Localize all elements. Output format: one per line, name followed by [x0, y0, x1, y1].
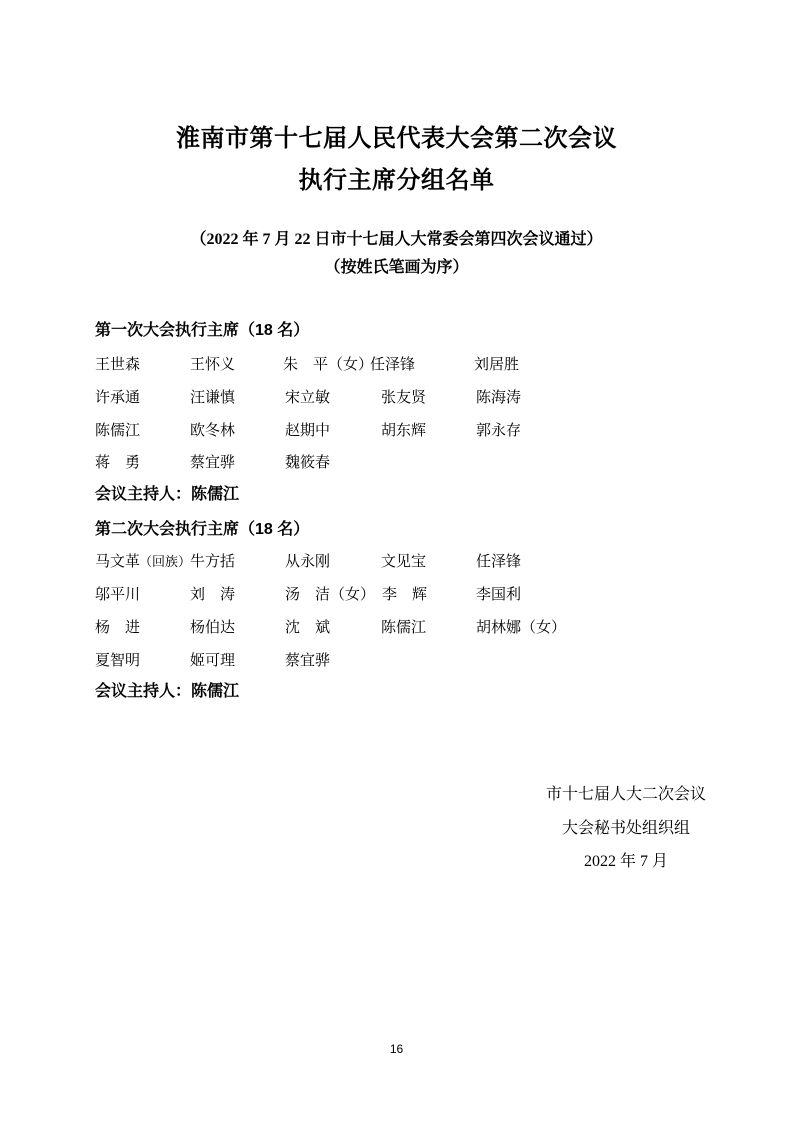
delegate-name: 沈 斌 — [285, 620, 330, 637]
footer-date-line: 2022 年 7 月 — [476, 853, 776, 871]
doc-title-line2: 执行主席分组名单 — [0, 168, 793, 194]
delegate-name: 任泽锋 — [476, 554, 521, 571]
delegate-name: 蒋 勇 — [95, 455, 140, 472]
name-row: 杨 进 杨伯达 沈 斌 陈儒江 胡林娜（女） — [0, 620, 793, 640]
delegate-name: 许承通 — [95, 390, 140, 407]
delegate-name: 刘 涛 — [190, 587, 235, 604]
approval-note: （2022 年 7 月 22 日市十七届人大常委会第四次会议通过） — [0, 231, 793, 249]
name-row: 王世森 王怀义 朱 平（女） 任泽锋 刘居胜 — [0, 357, 793, 377]
document-page: 淮南市第十七届人民代表大会第二次会议 执行主席分组名单 （2022 年 7 月 … — [0, 0, 793, 1122]
delegate-name: 文见宝 — [381, 554, 426, 571]
delegate-name: 朱 平（女） — [283, 357, 373, 374]
delegate-name: 马文革 — [95, 554, 140, 571]
section-2-host: 会议主持人：陈儒江 — [95, 683, 239, 701]
ethnic-group-note: （回族） — [139, 555, 191, 569]
section-1-host: 会议主持人：陈儒江 — [95, 486, 239, 504]
section-2-header: 第二次大会执行主席（18 名） — [95, 521, 309, 539]
delegate-name: 王怀义 — [190, 357, 235, 374]
delegate-name: 从永刚 — [285, 554, 330, 571]
doc-title-line1: 淮南市第十七届人民代表大会第二次会议 — [0, 126, 793, 152]
page-number: 16 — [0, 1042, 793, 1056]
delegate-name: 蔡宜骅 — [190, 455, 235, 472]
delegate-name: 胡东辉 — [381, 423, 426, 440]
delegate-name: 欧冬林 — [190, 423, 235, 440]
delegate-name: 邬平川 — [95, 587, 140, 604]
name-row: 夏智明 姬可理 蔡宜骅 — [0, 653, 793, 673]
delegate-name: 郭永存 — [476, 423, 521, 440]
delegate-name: 王世森 — [95, 357, 140, 374]
delegate-name: 杨伯达 — [190, 620, 235, 637]
delegate-name: 陈儒江 — [381, 620, 426, 637]
delegate-name: 汪谦慎 — [190, 390, 235, 407]
delegate-name: 李 辉 — [382, 587, 427, 604]
footer-session-line: 市十七届人大二次会议 — [476, 786, 776, 804]
name-row: 陈儒江 欧冬林 赵期中 胡东辉 郭永存 — [0, 423, 793, 443]
delegate-name: 牛方括 — [190, 554, 235, 571]
delegate-name: 陈儒江 — [95, 423, 140, 440]
delegate-name: 汤 洁（女） — [285, 587, 375, 604]
delegate-name: 张友贤 — [381, 390, 426, 407]
footer-org-line: 大会秘书处组织组 — [476, 820, 776, 838]
delegate-name: 赵期中 — [285, 423, 330, 440]
delegate-name: 姬可理 — [190, 653, 235, 670]
delegate-name: 李国利 — [476, 587, 521, 604]
delegate-name: 宋立敏 — [285, 390, 330, 407]
name-row: 马文革 （回族） 牛方括 从永刚 文见宝 任泽锋 — [0, 554, 793, 574]
section-1-header: 第一次大会执行主席（18 名） — [95, 322, 309, 340]
name-row: 蒋 勇 蔡宜骅 魏筱春 — [0, 455, 793, 475]
delegate-name: 蔡宜骅 — [285, 653, 330, 670]
sort-order-note: （按姓氏笔画为序） — [0, 259, 793, 277]
delegate-name: 任泽锋 — [370, 357, 415, 374]
delegate-name: 陈海涛 — [476, 390, 521, 407]
delegate-name: 杨 进 — [95, 620, 140, 637]
delegate-name: 夏智明 — [95, 653, 140, 670]
delegate-name: 胡林娜（女） — [476, 620, 566, 637]
delegate-name: 刘居胜 — [474, 357, 519, 374]
delegate-name: 魏筱春 — [285, 455, 330, 472]
name-row: 许承通 汪谦慎 宋立敏 张友贤 陈海涛 — [0, 390, 793, 410]
name-row: 邬平川 刘 涛 汤 洁（女） 李 辉 李国利 — [0, 587, 793, 607]
